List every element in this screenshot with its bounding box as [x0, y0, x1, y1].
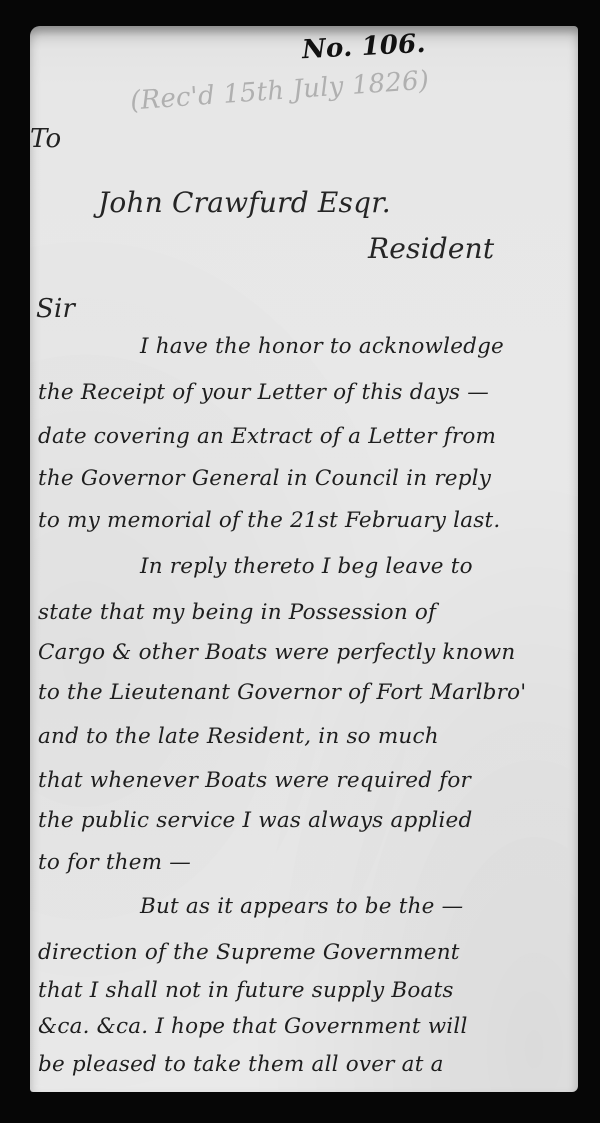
body-line: the Governor General in Council in reply — [38, 466, 491, 491]
reference-number: No. 106. — [301, 29, 426, 65]
body-line: state that my being in Possession of — [38, 600, 436, 625]
manuscript-page: No. 106. (Rec'd 15th July 1826) To John … — [30, 26, 578, 1092]
body-line: &ca. &ca. I hope that Government will — [38, 1014, 468, 1039]
body-line: direction of the Supreme Government — [38, 940, 460, 965]
body-line: that whenever Boats were required for — [38, 768, 471, 793]
body-line: be pleased to take them all over at a — [38, 1052, 444, 1077]
body-line: to the Lieutenant Governor of Fort Marlb… — [38, 680, 526, 705]
recipient-name: John Crawfurd Esqr. — [98, 186, 391, 219]
body-line: the Receipt of your Letter of this days … — [38, 380, 489, 405]
body-line: But as it appears to be the — — [140, 894, 463, 919]
document-viewer: No. 106. (Rec'd 15th July 1826) To John … — [0, 0, 600, 1123]
body-line: the public service I was always applied — [38, 808, 472, 833]
body-line: that I shall not in future supply Boats — [38, 978, 454, 1003]
salutation: Sir — [36, 294, 75, 324]
body-line: and to the late Resident, in so much — [38, 724, 439, 749]
body-line: I have the honor to acknowledge — [140, 334, 504, 359]
body-line: Cargo & other Boats were perfectly known — [38, 640, 515, 665]
body-line: date covering an Extract of a Letter fro… — [38, 424, 496, 449]
body-line: to my memorial of the 21st February last… — [38, 508, 500, 533]
received-date-note: (Rec'd 15th July 1826) — [129, 66, 430, 117]
recipient-prefix: To — [30, 124, 61, 154]
body-line: In reply thereto I beg leave to — [140, 554, 473, 579]
body-line: to for them — — [38, 850, 191, 875]
recipient-title: Resident — [368, 232, 494, 265]
